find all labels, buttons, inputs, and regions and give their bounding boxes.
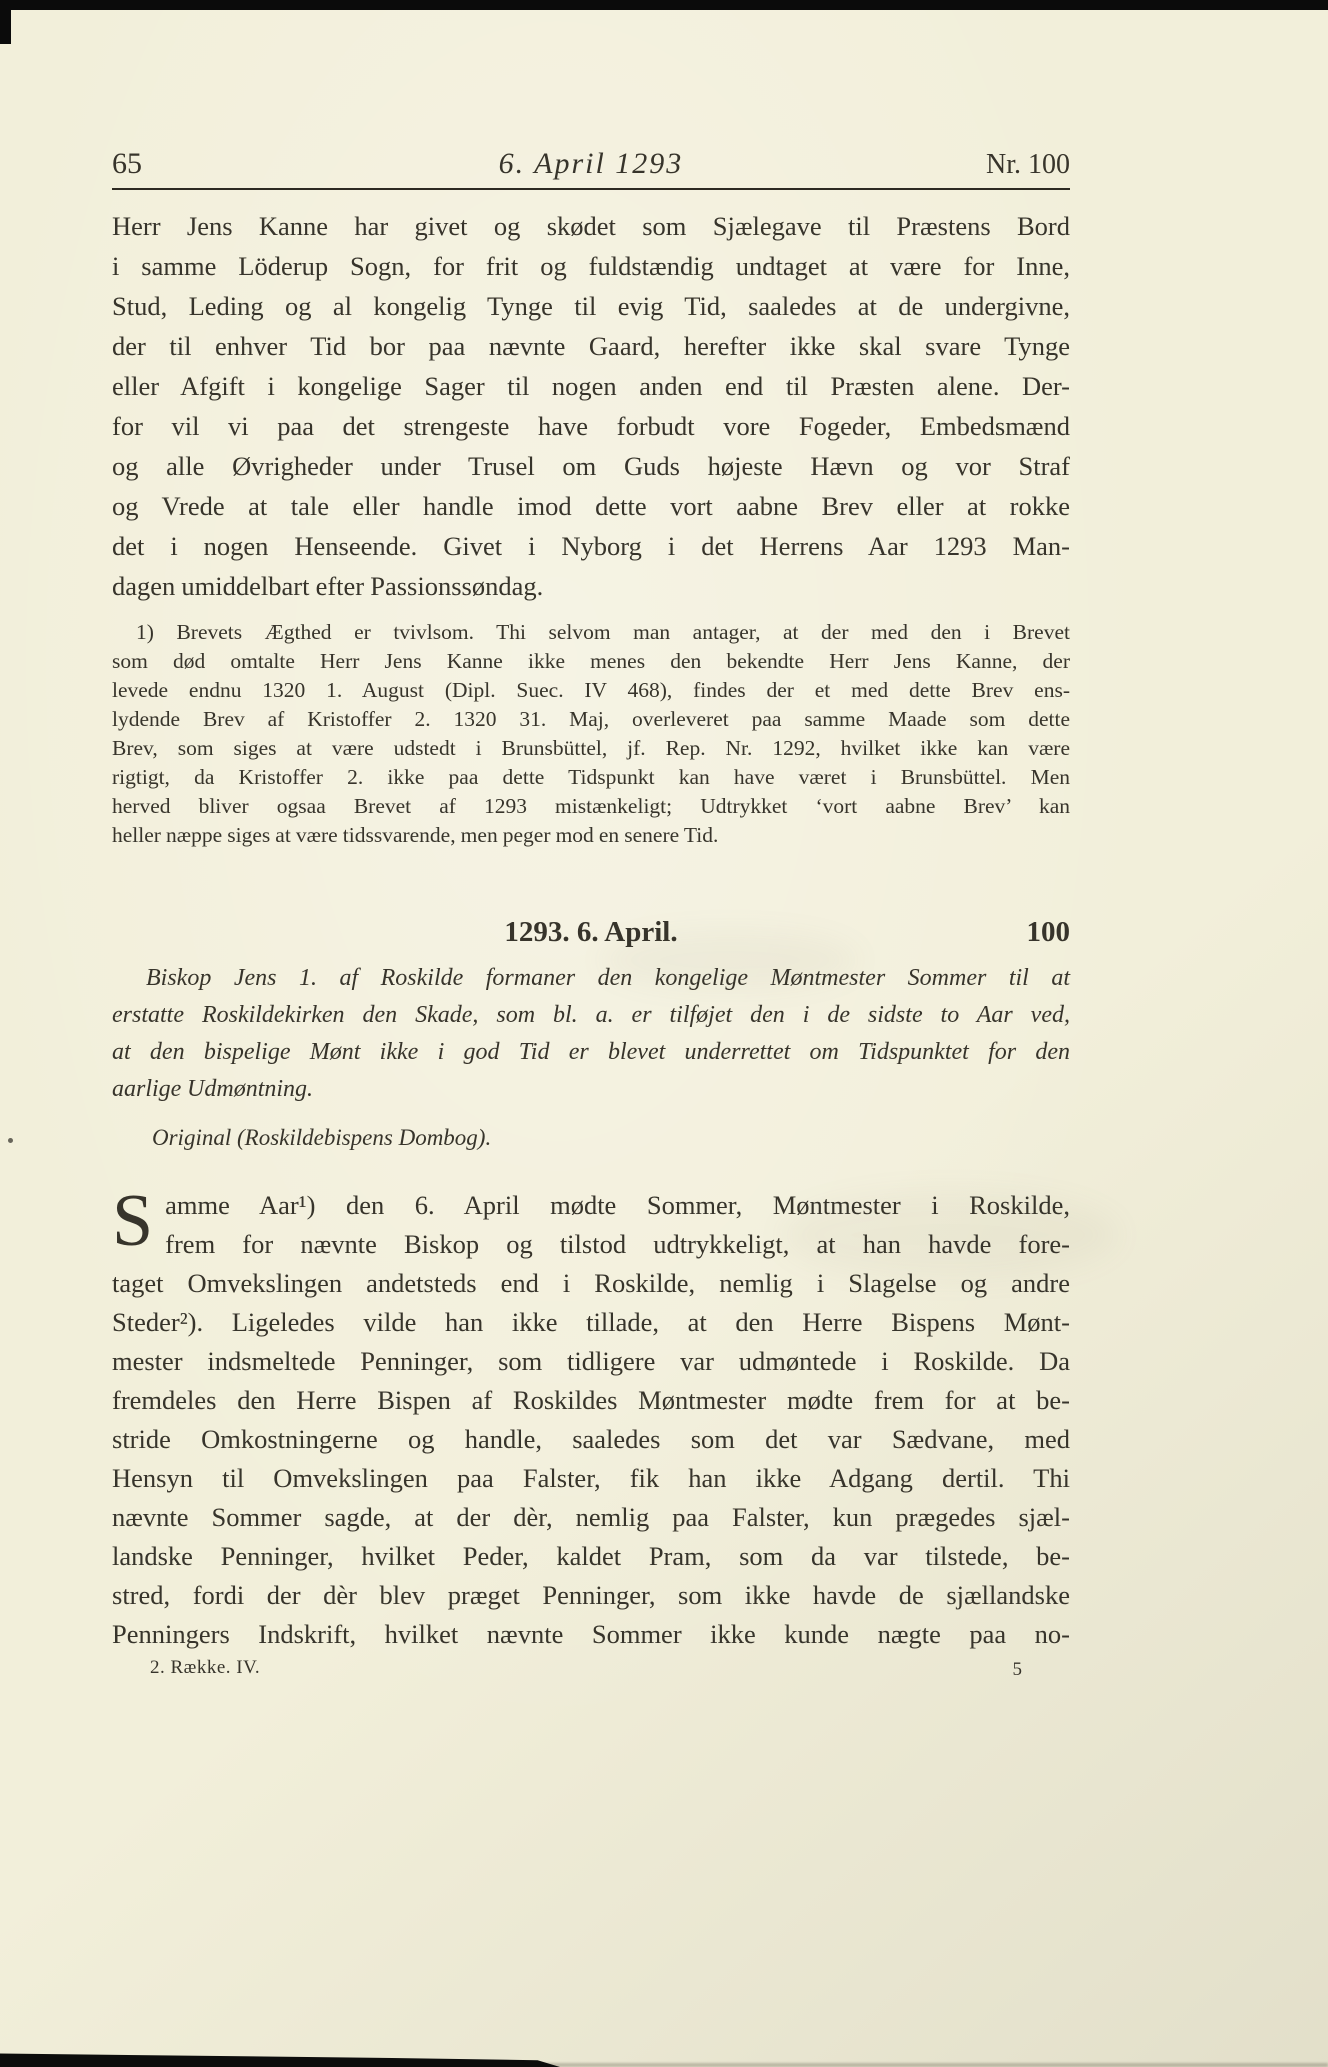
text-line: eller Afgift i kongelige Sager til nogen… [112,366,1070,406]
header-rule [112,188,1070,190]
text-line: mester indsmeltede Penninger, som tidlig… [112,1342,1070,1381]
text-line: Brev, som siges at være udstedt i Brunsb… [112,734,1070,763]
text-line: og Vrede at tale eller handle imod dette… [112,486,1070,526]
text-line: frem for nævnte Biskop og tilstod udtryk… [112,1225,1070,1264]
text-line: for vil vi paa det strengeste have forbu… [112,406,1070,446]
bottom-left-black-mark [0,2052,560,2067]
scan-speck [8,1138,13,1143]
text-line: og alle Øvrigheder under Trusel om Guds … [112,446,1070,486]
document-number: Nr. 100 [870,147,1070,183]
text-line: landske Penninger, hvilket Peder, kaldet… [112,1537,1070,1576]
text-line: at den bispelige Mønt ikke i god Tid er … [112,1034,1070,1071]
text-line: Hensyn til Omvekslingen paa Falster, fik… [112,1459,1070,1498]
text-line: der til enhver Tid bor paa nævnte Gaard,… [112,326,1070,366]
text-line: Stud, Leding og al kongelig Tynge til ev… [112,286,1070,326]
previous-entry-body: Herr Jens Kanne har givet og skødet som … [112,206,1070,606]
page-header: 65 6. April 1293 Nr. 100 [112,146,1070,183]
entry-regest: Biskop Jens 1. af Roskilde formaner den … [112,960,1070,1108]
page-footer: 2. Række. IV. 5 [112,1656,1070,1680]
text-line: herved bliver ogsaa Brevet af 1293 mistæ… [112,792,1070,821]
text-line: fremdeles den Herre Bispen af Roskildes … [112,1381,1070,1420]
text-line: levede endnu 1320 1. August (Dipl. Suec.… [112,676,1070,705]
text-line: aarlige Udmøntning. [112,1071,1070,1108]
series-volume-label: 2. Række. IV. [150,1657,260,1678]
text-line: erstatte Roskildekirken den Skade, som b… [112,997,1070,1034]
text-line: stride Omkostningerne og handle, saalede… [112,1420,1070,1459]
entry-date-heading: 1293. 6. April. [504,916,677,948]
text-line: Steder²). Ligeledes vilde han ikke tilla… [112,1303,1070,1342]
entry-body: Samme Aar¹) den 6. April mødte Sommer, M… [112,1186,1070,1654]
text-line: Biskop Jens 1. af Roskilde formaner den … [112,960,1070,997]
book-page: 65 6. April 1293 Nr. 100 Herr Jens Kanne… [0,0,1328,2067]
text-line: taget Omvekslingen andetsteds end i Rosk… [112,1264,1070,1303]
text-line: Samme Aar¹) den 6. April mødte Sommer, M… [112,1186,1070,1225]
previous-entry-footnote: 1) Brevets Ægthed er tvivlsom. Thi selvo… [112,618,1070,850]
text-line: 1) Brevets Ægthed er tvivlsom. Thi selvo… [112,618,1070,647]
text-line: rigtigt, da Kristoffer 2. ikke paa dette… [112,763,1070,792]
page-number: 65 [112,146,312,182]
sheet-signature-number: 5 [1013,1658,1023,1682]
entry-number: 100 [1027,916,1071,948]
text-line: dagen umiddelbart efter Passionssøndag. [112,566,1070,606]
entry-heading: 1293. 6. April. 100 [112,916,1070,948]
text-line: heller næppe siges at være tidssvarende,… [112,821,1070,850]
text-line: Herr Jens Kanne har givet og skødet som … [112,206,1070,246]
text-line: nævnte Sommer sagde, at der dèr, nemlig … [112,1498,1070,1537]
running-title: 6. April 1293 [312,146,870,182]
text-line: stred, fordi der dèr blev præget Penning… [112,1576,1070,1615]
text-line: Penningers Indskrift, hvilket nævnte Som… [112,1615,1070,1654]
text-line: som død omtalte Herr Jens Kanne ikke men… [112,647,1070,676]
left-edge-black-mark [0,0,11,44]
entry-source-note: Original (Roskildebispens Dombog). [112,1124,1110,1152]
text-line: i samme Löderup Sogn, for frit og fuldst… [112,246,1070,286]
top-edge-black-bar [0,0,1328,10]
text-line: lydende Brev af Kristoffer 2. 1320 31. M… [112,705,1070,734]
text-line: det i nogen Henseende. Givet i Nyborg i … [112,526,1070,566]
